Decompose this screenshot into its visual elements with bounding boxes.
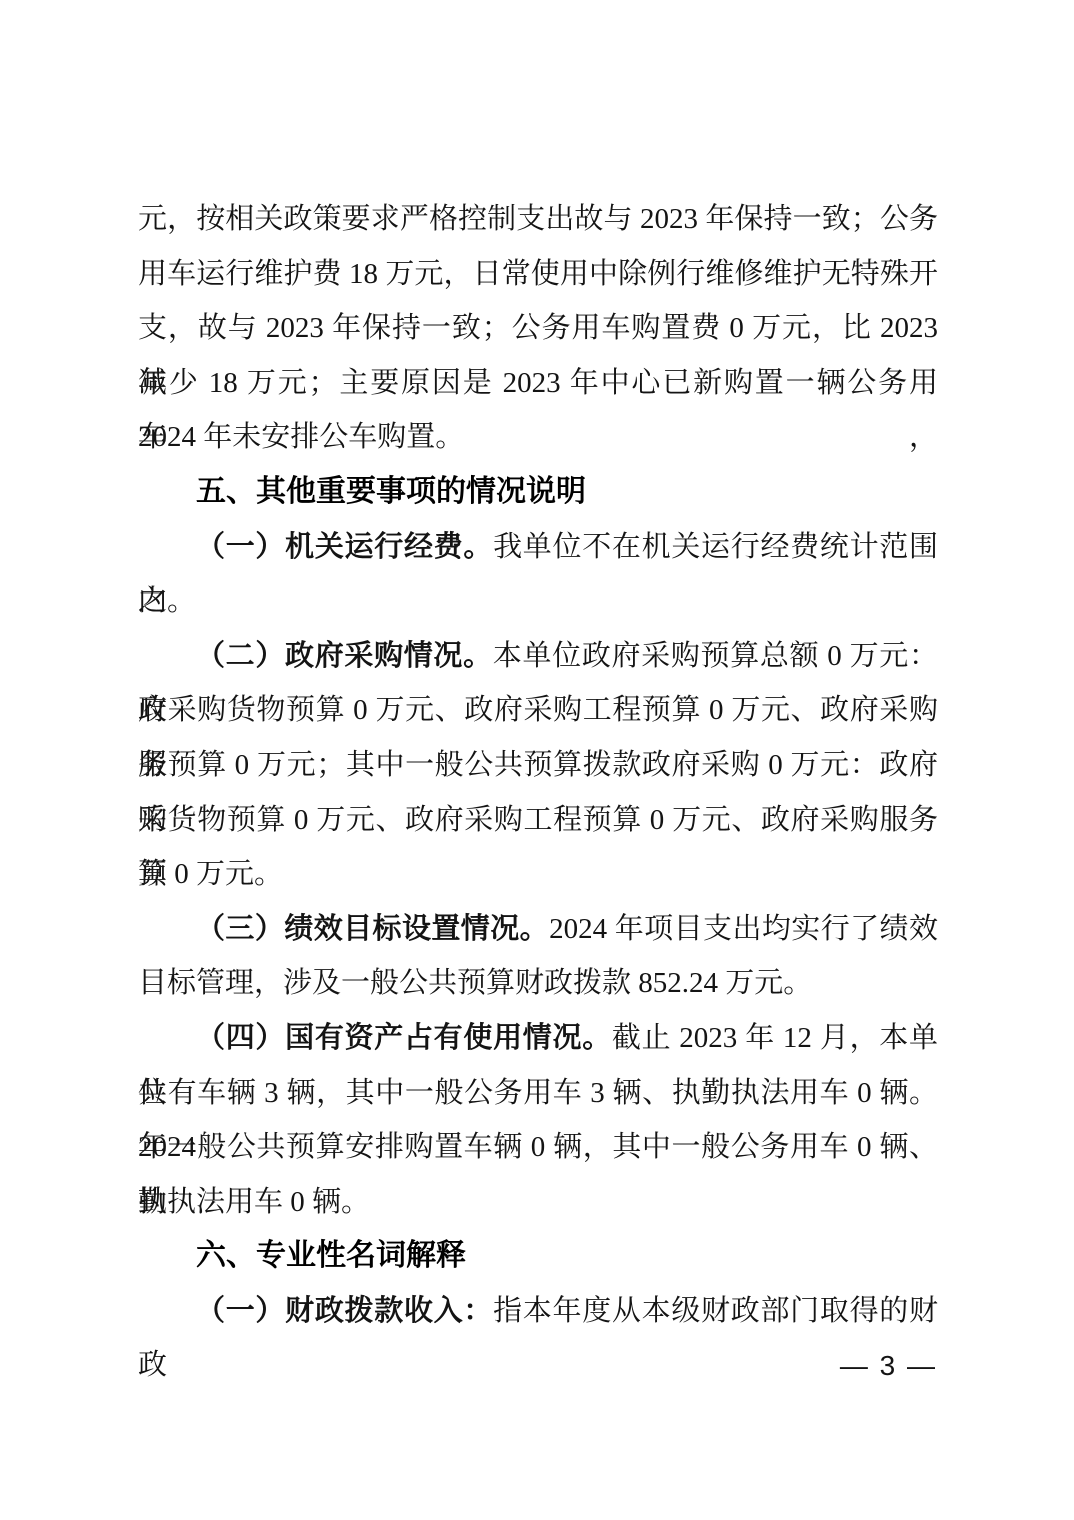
paragraph-lead: （一）财政拨款收入： xyxy=(196,1295,493,1327)
text-line: 共有车辆 3 辆，其中一般公务用车 3 辆、执勤执法用车 0 辆。2024 xyxy=(138,1066,938,1121)
text-line: （一）机关运行经费。我单位不在机关运行经费统计范围之 xyxy=(138,520,938,575)
line-text: 2024 年未安排公车购置。 xyxy=(138,421,464,453)
line-text: 算 0 万元。 xyxy=(138,858,283,890)
text-line: 减少 18 万元；主要原因是 2023 年中心已新购置一辆公务用车， xyxy=(138,356,938,411)
text-line: 支，故与 2023 年保持一致；公务用车购置费 0 万元，比 2023 年 xyxy=(138,301,938,356)
line-text: 内。 xyxy=(138,585,196,617)
text-line: 目标管理，涉及一般公共预算财政拨款 852.24 万元。 xyxy=(138,956,938,1011)
line-text: 用车运行维护费 18 万元，日常使用中除例行维修维护无特殊开 xyxy=(138,258,938,290)
paragraph-lead: （三）绩效目标设置情况。 xyxy=(196,913,549,945)
line-text: 元，按相关政策要求严格控制支出故与 2023 年保持一致；公务 xyxy=(138,203,938,235)
text-line: （二）政府采购情况。本单位政府采购预算总额 0 万元：政 xyxy=(138,629,938,684)
text-line: （四）国有资产占有使用情况。截止 2023 年 12 月，本单位 xyxy=(138,1011,938,1066)
text-line: 年一般公共预算安排购置车辆 0 辆，其中一般公务用车 0 辆、执 xyxy=(138,1120,938,1175)
paragraph-lead: （一）机关运行经费。 xyxy=(196,531,493,563)
paragraph-lead: （四）国有资产占有使用情况。 xyxy=(196,1022,612,1054)
text-line: 购货物预算 0 万元、政府采购工程预算 0 万元、政府采购服务预 xyxy=(138,793,938,848)
line-text: 2024 年项目支出均实行了绩效 xyxy=(549,913,938,945)
text-line: （三）绩效目标设置情况。2024 年项目支出均实行了绩效 xyxy=(138,902,938,957)
heading-text: 六、专业性名词解释 xyxy=(196,1239,466,1272)
document-page: 元，按相关政策要求严格控制支出故与 2023 年保持一致；公务 用车运行维护费 … xyxy=(0,0,1074,1520)
document-text-block: 元，按相关政策要求严格控制支出故与 2023 年保持一致；公务 用车运行维护费 … xyxy=(138,192,938,1338)
section-heading-6: 六、专业性名词解释 xyxy=(138,1229,938,1284)
text-line: （一）财政拨款收入：指本年度从本级财政部门取得的财政 xyxy=(138,1284,938,1339)
text-line: 府采购货物预算 0 万元、政府采购工程预算 0 万元、政府采购服 xyxy=(138,683,938,738)
section-heading-5: 五、其他重要事项的情况说明 xyxy=(138,465,938,520)
text-line: 元，按相关政策要求严格控制支出故与 2023 年保持一致；公务 xyxy=(138,192,938,247)
line-text: 目标管理，涉及一般公共预算财政拨款 852.24 万元。 xyxy=(138,967,812,999)
text-line: 务预算 0 万元；其中一般公共预算拨款政府采购 0 万元：政府采 xyxy=(138,738,938,793)
page-number: — 3 — xyxy=(840,1350,937,1382)
text-line: 勤执法用车 0 辆。 xyxy=(138,1175,938,1230)
line-text: 勤执法用车 0 辆。 xyxy=(138,1186,370,1218)
text-line: 算 0 万元。 xyxy=(138,847,938,902)
text-line: 内。 xyxy=(138,574,938,629)
paragraph-lead: （二）政府采购情况。 xyxy=(196,640,493,672)
text-line: 用车运行维护费 18 万元，日常使用中除例行维修维护无特殊开 xyxy=(138,247,938,302)
heading-text: 五、其他重要事项的情况说明 xyxy=(196,475,586,508)
